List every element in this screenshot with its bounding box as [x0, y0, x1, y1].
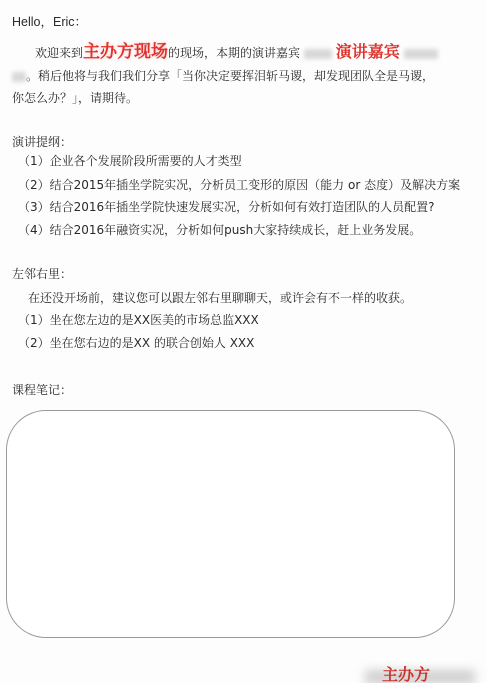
intro-line-2: 。稍后他将与我们我们分享「当你决定要挥泪斩马谡，却发现团队全是马谡， [12, 68, 434, 84]
notes-box [6, 410, 455, 638]
outline-title: 演讲提纲： [12, 134, 72, 150]
greeting: Hello，Eric： [12, 14, 87, 30]
redacted-speaker-prefix [304, 49, 332, 59]
outline-item-1: （1）企业各个发展阶段所需要的人才类型 [18, 153, 242, 169]
redacted-speaker-suffix [404, 49, 438, 59]
intro-text-2: 。稍后他将与我们我们分享「当你决定要挥泪斩马谡，却发现团队全是马谡， [26, 69, 434, 83]
intro-line-3: 你怎么办？」，请期待。 [12, 90, 138, 106]
intro-prefix: 欢迎来到 [35, 46, 83, 60]
outline-item-2: （2）结合2015年插坐学院实况，分析员工变形的原因（能力 or 态度）及解决方… [18, 177, 460, 193]
footer-organizer: 主办方 [382, 662, 430, 683]
neighbors-title: 左邻右里： [12, 266, 72, 282]
neighbor-item-1: （1）坐在您左边的是XX医美的市场总监XXX [18, 312, 259, 328]
intro-middle: 的现场，本期的演讲嘉宾 [168, 46, 300, 60]
notes-title: 课程笔记： [12, 382, 72, 398]
redacted-speaker-name [12, 72, 26, 82]
neighbors-intro: 在还没开场前，建议您可以跟左邻右里聊聊天，或许会有不一样的收获。 [28, 290, 412, 306]
outline-item-3: （3）结合2016年插坐学院快速发展实况，分析如何有效打造团队的人员配置? [18, 199, 435, 215]
organizer-highlight: 主办方现场 [83, 42, 168, 62]
speaker-highlight: 演讲嘉宾 [336, 42, 400, 61]
outline-item-4: （4）结合2016年融资实况，分析如何push大家持续成长，赶上业务发展。 [18, 222, 421, 238]
neighbor-item-2: （2）坐在您右边的是XX 的联合创始人 XXX [18, 335, 254, 351]
intro-line-1: 欢迎来到主办方现场的现场，本期的演讲嘉宾 演讲嘉宾 [35, 44, 438, 61]
